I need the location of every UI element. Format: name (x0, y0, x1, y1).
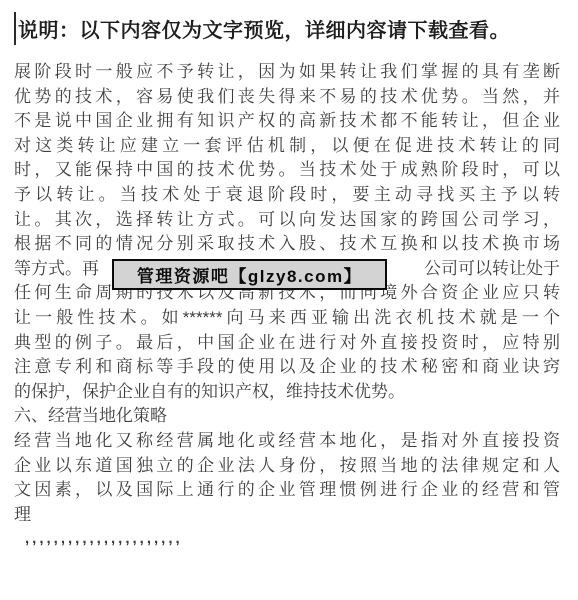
watermark-text: 管理资源吧【glzy8.com】 (137, 262, 362, 287)
text-line: 优势的技术，容易使我们丧失得来不易的技术优势。当然，并 (14, 85, 560, 110)
text-cursor (14, 12, 16, 45)
text-line: 经营当地化又称经营属地化或经营本地化，是指对外直接投资 (14, 429, 560, 454)
document-text-body: 展阶段时一般应不予转让，因为如果转让我们掌握的具有垄断 优势的技术，容易使我们丧… (14, 60, 560, 552)
text-line: 的保护，保护企业自有的知识产权，维持技术优势。 (14, 380, 560, 405)
text-line: 理 (14, 503, 560, 528)
text-line: 展阶段时一般应不予转让，因为如果转让我们掌握的具有垄断 (14, 60, 560, 85)
text-line: 对这类转让应建立一套评估机制，以便在促进技术转让的同 (14, 134, 560, 159)
text-line-right-fragment: 公司可以转让处于 (424, 257, 560, 282)
text-line: 让一般性技术。如******向马来西亚输出洗衣机技术就是一个 (14, 306, 560, 331)
preview-notice-text: 说明：以下内容仅为文字预览，详细内容请下载查看。 (18, 14, 510, 43)
text-line: 让。其次，选择转让方式。可以向发达国家的跨国公司学习， (14, 208, 560, 233)
watermark-badge: 管理资源吧【glzy8.com】 (112, 259, 387, 290)
document-preview-page: 说明：以下内容仅为文字预览，详细内容请下载查看。 展阶段时一般应不予转让，因为如… (0, 0, 578, 600)
text-line: 不是说中国企业拥有知识产权的高新技术都不能转让，但企业 (14, 109, 560, 134)
text-line: 企业以东道国独立的企业法人身份，按照当地的法律规定和人 (14, 454, 560, 479)
text-line: 予以转让。当技术处于衰退阶段时，要主动寻找买主予以转 (14, 183, 560, 208)
text-line: 文因素，以及国际上通行的企业管理惯例进行企业的经营和管 (14, 478, 560, 503)
text-line: 时，又能保持中国的技术优势。当技术处于成熟阶段时，可以 (14, 158, 560, 183)
truncation-marks-line: ,,,,,,,,,,,,,,,,,,,,,, (14, 527, 560, 552)
text-line: 典型的例子。最后，中国企业在进行对外直接投资时，应特别 (14, 331, 560, 356)
text-line: 注意专利和商标等手段的使用以及企业的技术秘密和商业诀窍 (14, 355, 560, 380)
preview-notice-bar: 说明：以下内容仅为文字预览，详细内容请下载查看。 (14, 12, 568, 45)
text-line: 根据不同的情况分别采取技术入股、技术互换和以技术换市场 (14, 232, 560, 257)
text-line-left-fragment: 等方式。再 (14, 257, 99, 282)
section-heading-line: 六、经营当地化策略 (14, 404, 560, 429)
